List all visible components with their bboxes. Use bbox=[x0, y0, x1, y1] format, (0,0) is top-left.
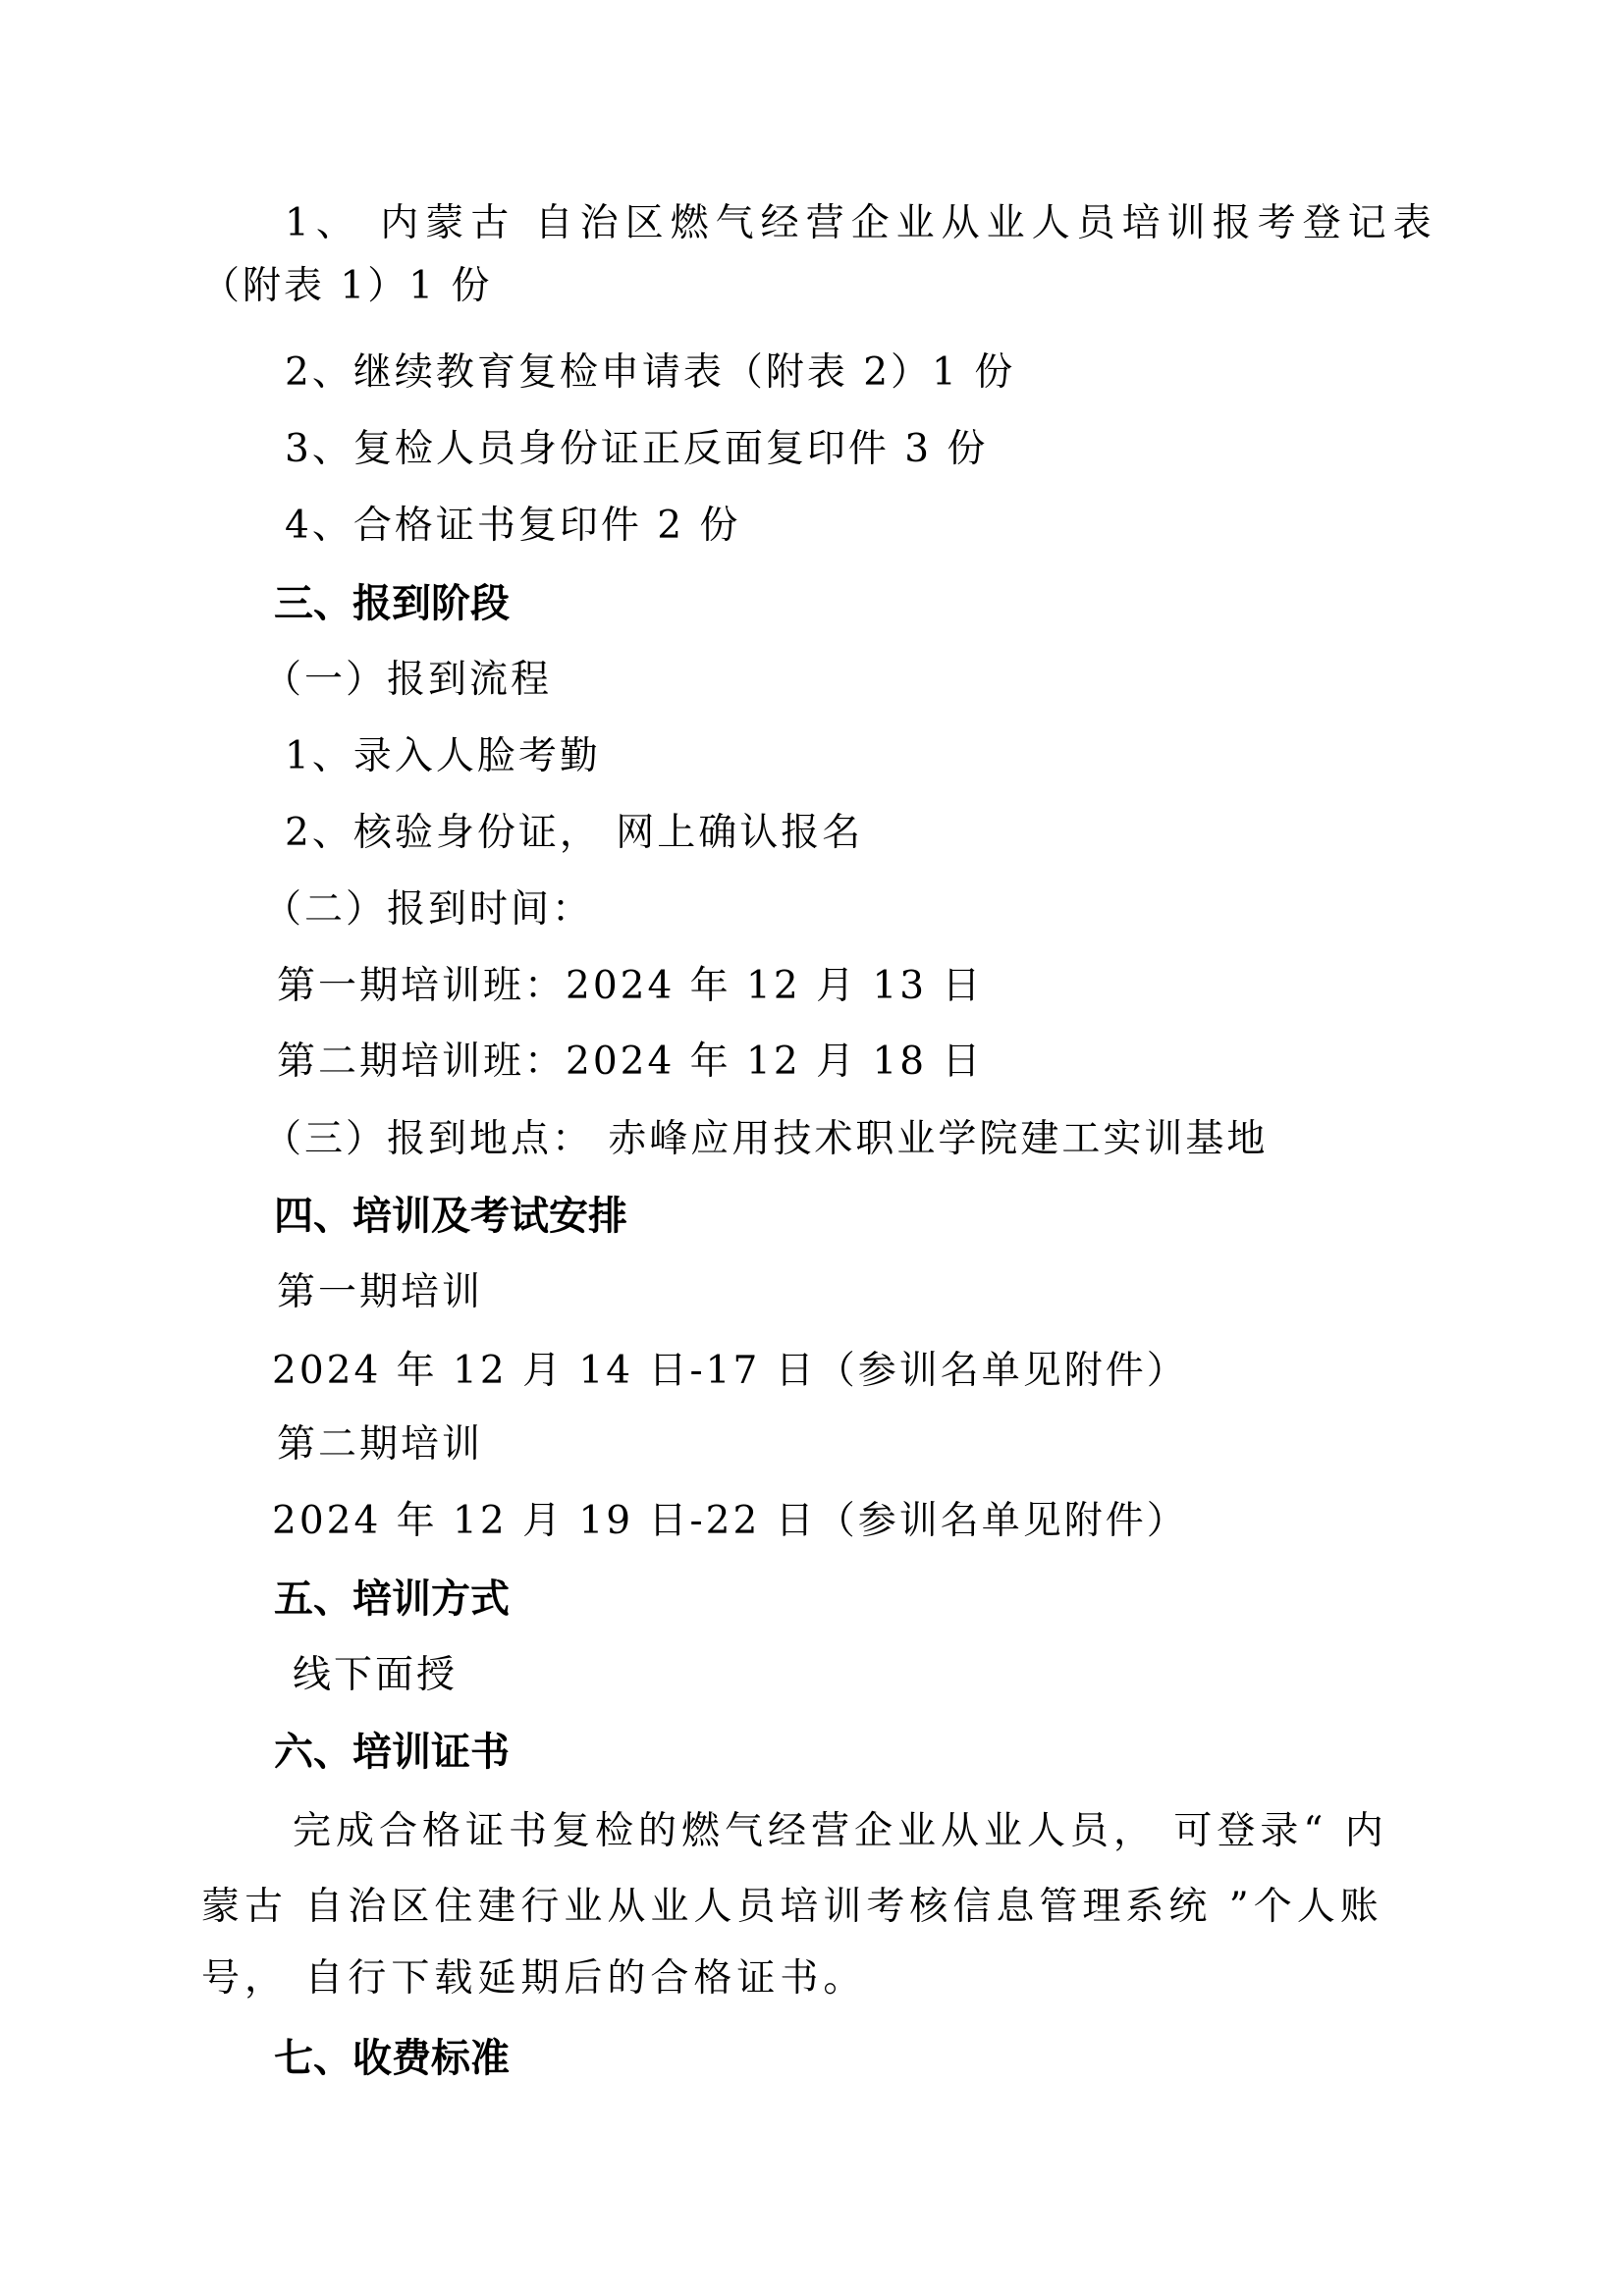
training-period-1-dates: 2024 年 12 月 14 日-17 日（参训名单见附件） bbox=[272, 1349, 1188, 1394]
section-3-sub-1-title: （一）报到流程 bbox=[263, 658, 552, 703]
registration-step-2: 2、核验身份证， 网上确认报名 bbox=[285, 811, 863, 856]
training-period-2-dates: 2024 年 12 月 19 日-22 日（参训名单见附件） bbox=[272, 1499, 1188, 1544]
section-4-heading: 四、培训及考试安排 bbox=[274, 1194, 627, 1239]
certificate-text-line-3: 号， 自行下载延期后的合格证书。 bbox=[201, 1956, 866, 2002]
material-item-1-line-2: （附表 1）1 份 bbox=[201, 264, 492, 309]
training-period-1-name: 第一期培训 bbox=[277, 1270, 483, 1315]
section-3-sub-2-title: （二）报到时间： bbox=[263, 887, 593, 933]
material-item-3: 3、复检人员身份证正反面复印件 3 份 bbox=[285, 427, 988, 472]
registration-step-1: 1、录入人脸考勤 bbox=[285, 734, 601, 779]
section-3-sub-3-location: （三）报到地点： 赤峰应用技术职业学院建工实训基地 bbox=[263, 1117, 1268, 1162]
certificate-text-line-1: 完成合格证书复检的燃气经营企业从业人员， 可登录“ 内 bbox=[293, 1809, 1388, 1854]
registration-time-1: 第一期培训班：2024 年 12 月 13 日 bbox=[277, 964, 984, 1009]
training-period-2-name: 第二期培训 bbox=[277, 1422, 483, 1468]
section-6-heading: 六、培训证书 bbox=[274, 1730, 510, 1775]
training-method: 线下面授 bbox=[293, 1653, 458, 1698]
registration-time-2: 第二期培训班：2024 年 12 月 18 日 bbox=[277, 1040, 984, 1085]
section-3-heading: 三、报到阶段 bbox=[274, 581, 510, 626]
material-item-2: 2、继续教育复检申请表（附表 2）1 份 bbox=[285, 350, 1015, 396]
material-item-4: 4、合格证书复印件 2 份 bbox=[285, 504, 740, 549]
section-7-heading: 七、收费标准 bbox=[274, 2036, 510, 2081]
section-5-heading: 五、培训方式 bbox=[274, 1576, 510, 1622]
certificate-text-line-2: 蒙古 自治区住建行业从业人员培训考核信息管理系统 ”个人账 bbox=[201, 1885, 1383, 1930]
material-item-1-line-1: 1、 内蒙古 自治区燃气经营企业从业人员培训报考登记表 bbox=[285, 201, 1438, 246]
